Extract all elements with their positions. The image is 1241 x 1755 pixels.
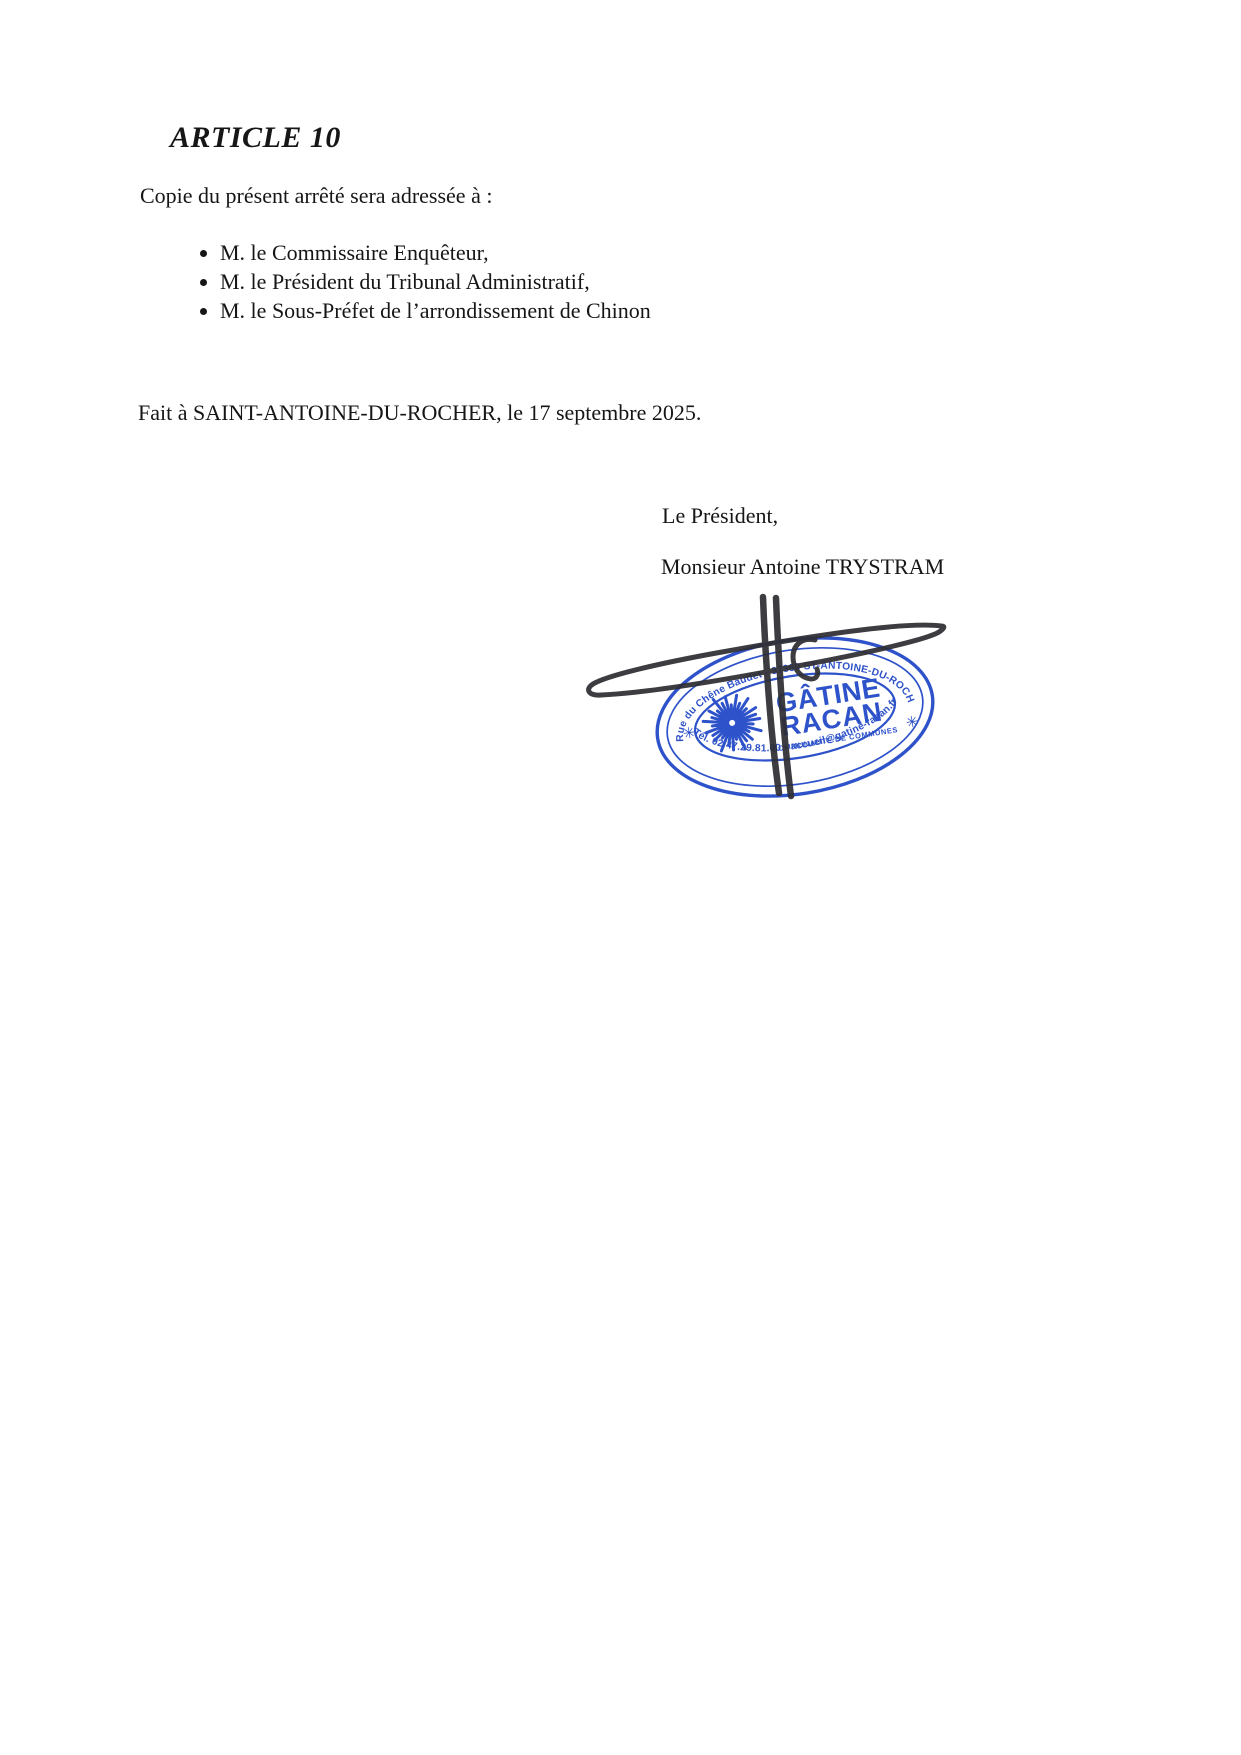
document-page: ARTICLE 10 Copie du présent arrêté sera … xyxy=(0,0,1241,1755)
stamp-star-left: ✳ xyxy=(682,724,697,743)
signature-strokes xyxy=(589,597,944,796)
stamp-star-right: ✳ xyxy=(905,713,920,732)
stamp-and-signature-layer: 6, Rue du Chêne Baudet - 37360 ST-ANTOIN… xyxy=(0,0,1241,1755)
